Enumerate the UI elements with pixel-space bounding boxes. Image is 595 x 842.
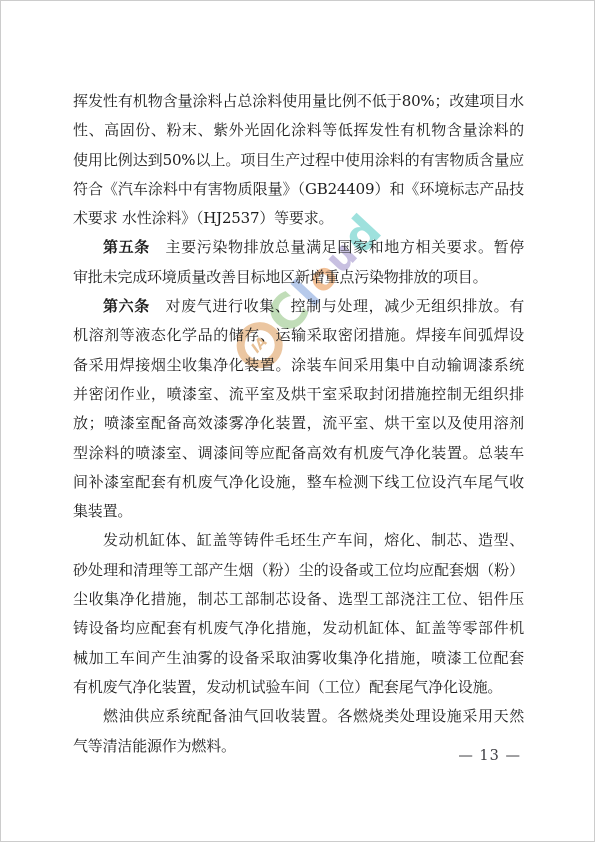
text-line: 使用比例达到50%以上。项目生产过程中使用涂料的有害物质含量应 — [73, 146, 524, 175]
text-line: 砂处理和清理等工部产生烟（粉）尘的设备或工位均应配套烟（粉） — [73, 556, 524, 585]
text-line: 备采用焊接烟尘收集净化装置。涂装车间采用集中自动输调漆系统 — [73, 351, 524, 380]
text-line: 有机废气净化装置，发动机试验车间（工位）配套尾气净化设施。 — [73, 673, 524, 702]
text-line: 放；喷漆室配备高效漆雾净化装置，流平室、烘干室以及使用溶剂 — [73, 409, 524, 438]
text-line: 并密闭作业，喷漆室、流平室及烘干室采取封闭措施控制无组织排 — [73, 380, 524, 409]
page-number: — 13 — — [458, 748, 521, 764]
article-6-heading: 第六条 — [103, 297, 150, 315]
text-line: 集装置。 — [73, 497, 524, 526]
text-line: 审批未完成环境质量改善目标地区新增重点污染物排放的项目。 — [73, 263, 524, 292]
text-line: 械加工车间产生油雾的设备采取油雾收集净化措施，喷漆工位配套 — [73, 644, 524, 673]
body-text: 挥发性有机物含量涂料占总涂料使用量比例不低于80%；改建项目水 性、高固份、粉末… — [73, 87, 524, 761]
text-line: 挥发性有机物含量涂料占总涂料使用量比例不低于80%；改建项目水 — [73, 87, 524, 116]
text-line: 发动机缸体、缸盖等铸件毛坯生产车间，熔化、制芯、造型、 — [73, 526, 524, 555]
article-6-text: 对废气进行收集、控制与处理，减少无组织排放。有 — [150, 297, 524, 315]
article-5-heading: 第五条 — [103, 238, 150, 256]
article-5-line: 第五条 主要污染物排放总量满足国家和地方相关要求。暂停 — [73, 233, 524, 262]
document-page: IA C l o u d 挥发性有机物含量涂料占总涂料使用量比例不低于80%；改… — [0, 0, 595, 842]
text-line: 术要求 水性涂料》（HJ2537）等要求。 — [73, 204, 524, 233]
text-line: 尘收集净化措施，制芯工部制芯设备、选型工部浇注工位、铝件压 — [73, 585, 524, 614]
text-line: 型涂料的喷漆室、调漆间等应配备高效有机废气净化装置。总装车 — [73, 439, 524, 468]
text-line: 气等清洁能源作为燃料。 — [73, 732, 524, 761]
text-line: 性、高固份、粉末、紫外光固化涂料等低挥发性有机物含量涂料的 — [73, 116, 524, 145]
text-line: 间补漆室配套有机废气净化设施，整车检测下线工位设汽车尾气收 — [73, 468, 524, 497]
text-line: 机溶剂等液态化学品的储存、运输采取密闭措施。焊接车间弧焊设 — [73, 321, 524, 350]
text-line: 燃油供应系统配备油气回收装置。各燃烧类处理设施采用天然 — [73, 702, 524, 731]
text-line: 符合《汽车涂料中有害物质限量》（GB24409）和《环境标志产品技 — [73, 175, 524, 204]
article-6-line: 第六条 对废气进行收集、控制与处理，减少无组织排放。有 — [73, 292, 524, 321]
text-line: 铸设备均应配套有机废气净化措施，发动机缸体、缸盖等零部件机 — [73, 614, 524, 643]
article-5-text: 主要污染物排放总量满足国家和地方相关要求。暂停 — [150, 238, 524, 256]
